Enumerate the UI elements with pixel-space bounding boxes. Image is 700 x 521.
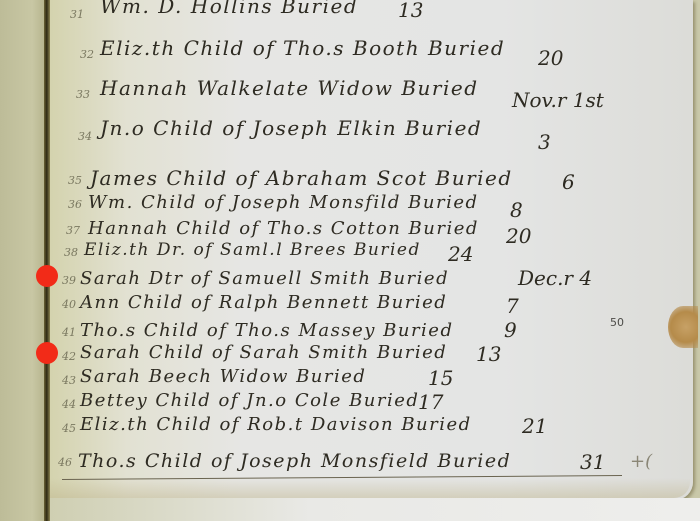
entry-number: 36 <box>68 198 82 211</box>
entry-text: Wm. Child of Joseph Monsfild Buried <box>88 192 479 213</box>
entry-date: 13 <box>476 342 501 366</box>
entry-number: 33 <box>76 88 90 101</box>
entry-date: 7 <box>506 294 519 318</box>
entry-date: 15 <box>428 366 453 390</box>
page-note: 50 <box>610 316 624 329</box>
entry-number: 44 <box>62 398 76 411</box>
entry-number: 45 <box>62 422 76 435</box>
entry-text: Hannah Child of Tho.s Cotton Buried <box>88 218 479 239</box>
entry-number: 42 <box>62 350 76 363</box>
entry-date: 9 <box>504 318 517 342</box>
entry-number: 34 <box>78 130 92 143</box>
entry-date: 13 <box>398 0 423 22</box>
entry-text: Eliz.th Child of Tho.s Booth Buried <box>100 36 505 60</box>
entry-date: 24 <box>448 242 473 266</box>
red-marker-dot <box>36 342 58 364</box>
entry-number: 43 <box>62 374 76 387</box>
red-marker-dot <box>36 265 58 287</box>
entry-text: Sarah Dtr of Samuell Smith Buried <box>80 268 449 289</box>
entry-date: 17 <box>418 390 443 414</box>
end-mark: +( <box>630 451 652 472</box>
entry-text: Hannah Walkelate Widow Buried <box>100 76 479 100</box>
entry-text: James Child of Abraham Scot Buried <box>90 166 513 190</box>
page-edge <box>50 478 690 498</box>
entry-text: Ann Child of Ralph Bennett Buried <box>80 292 447 313</box>
entry-number: 41 <box>62 326 76 339</box>
entry-date: 3 <box>538 130 551 154</box>
book-gutter <box>44 0 50 521</box>
paper-stain <box>668 306 698 348</box>
entry-number: 32 <box>80 48 94 61</box>
entry-text: Bettey Child of Jn.o Cole Buried <box>80 390 419 411</box>
entry-text: Sarah Beech Widow Buried <box>80 366 366 387</box>
entry-number: 35 <box>68 174 82 187</box>
entry-number: 31 <box>70 8 84 21</box>
entry-number: 39 <box>62 274 76 287</box>
entry-text: Eliz.th Dr. of Saml.l Brees Buried <box>84 240 421 260</box>
entry-date: 8 <box>510 198 523 222</box>
entry-date: 6 <box>562 170 575 194</box>
entry-text: Wm. D. Hollins Buried <box>100 0 358 18</box>
entry-date: 20 <box>506 224 531 248</box>
entry-number: 37 <box>66 224 80 237</box>
table-surface <box>50 498 700 521</box>
entry-date: Dec.r 4 <box>518 266 592 290</box>
entry-number: 38 <box>64 246 78 259</box>
entry-date: 21 <box>522 414 547 438</box>
entry-date: 31 <box>580 450 605 474</box>
entry-text: Eliz.th Child of Rob.t Davison Buried <box>80 414 472 435</box>
facing-page <box>0 0 46 521</box>
entry-number: 46 <box>58 456 72 469</box>
entry-date: Nov.r 1st <box>512 88 604 112</box>
entry-text: Tho.s Child of Joseph Monsfield Buried <box>78 450 511 472</box>
entry-text: Tho.s Child of Tho.s Massey Buried <box>80 320 453 341</box>
entry-number: 40 <box>62 298 76 311</box>
entry-text: Sarah Child of Sarah Smith Buried <box>80 342 447 363</box>
entry-date: 20 <box>538 46 563 70</box>
entry-text: Jn.o Child of Joseph Elkin Buried <box>100 116 482 140</box>
